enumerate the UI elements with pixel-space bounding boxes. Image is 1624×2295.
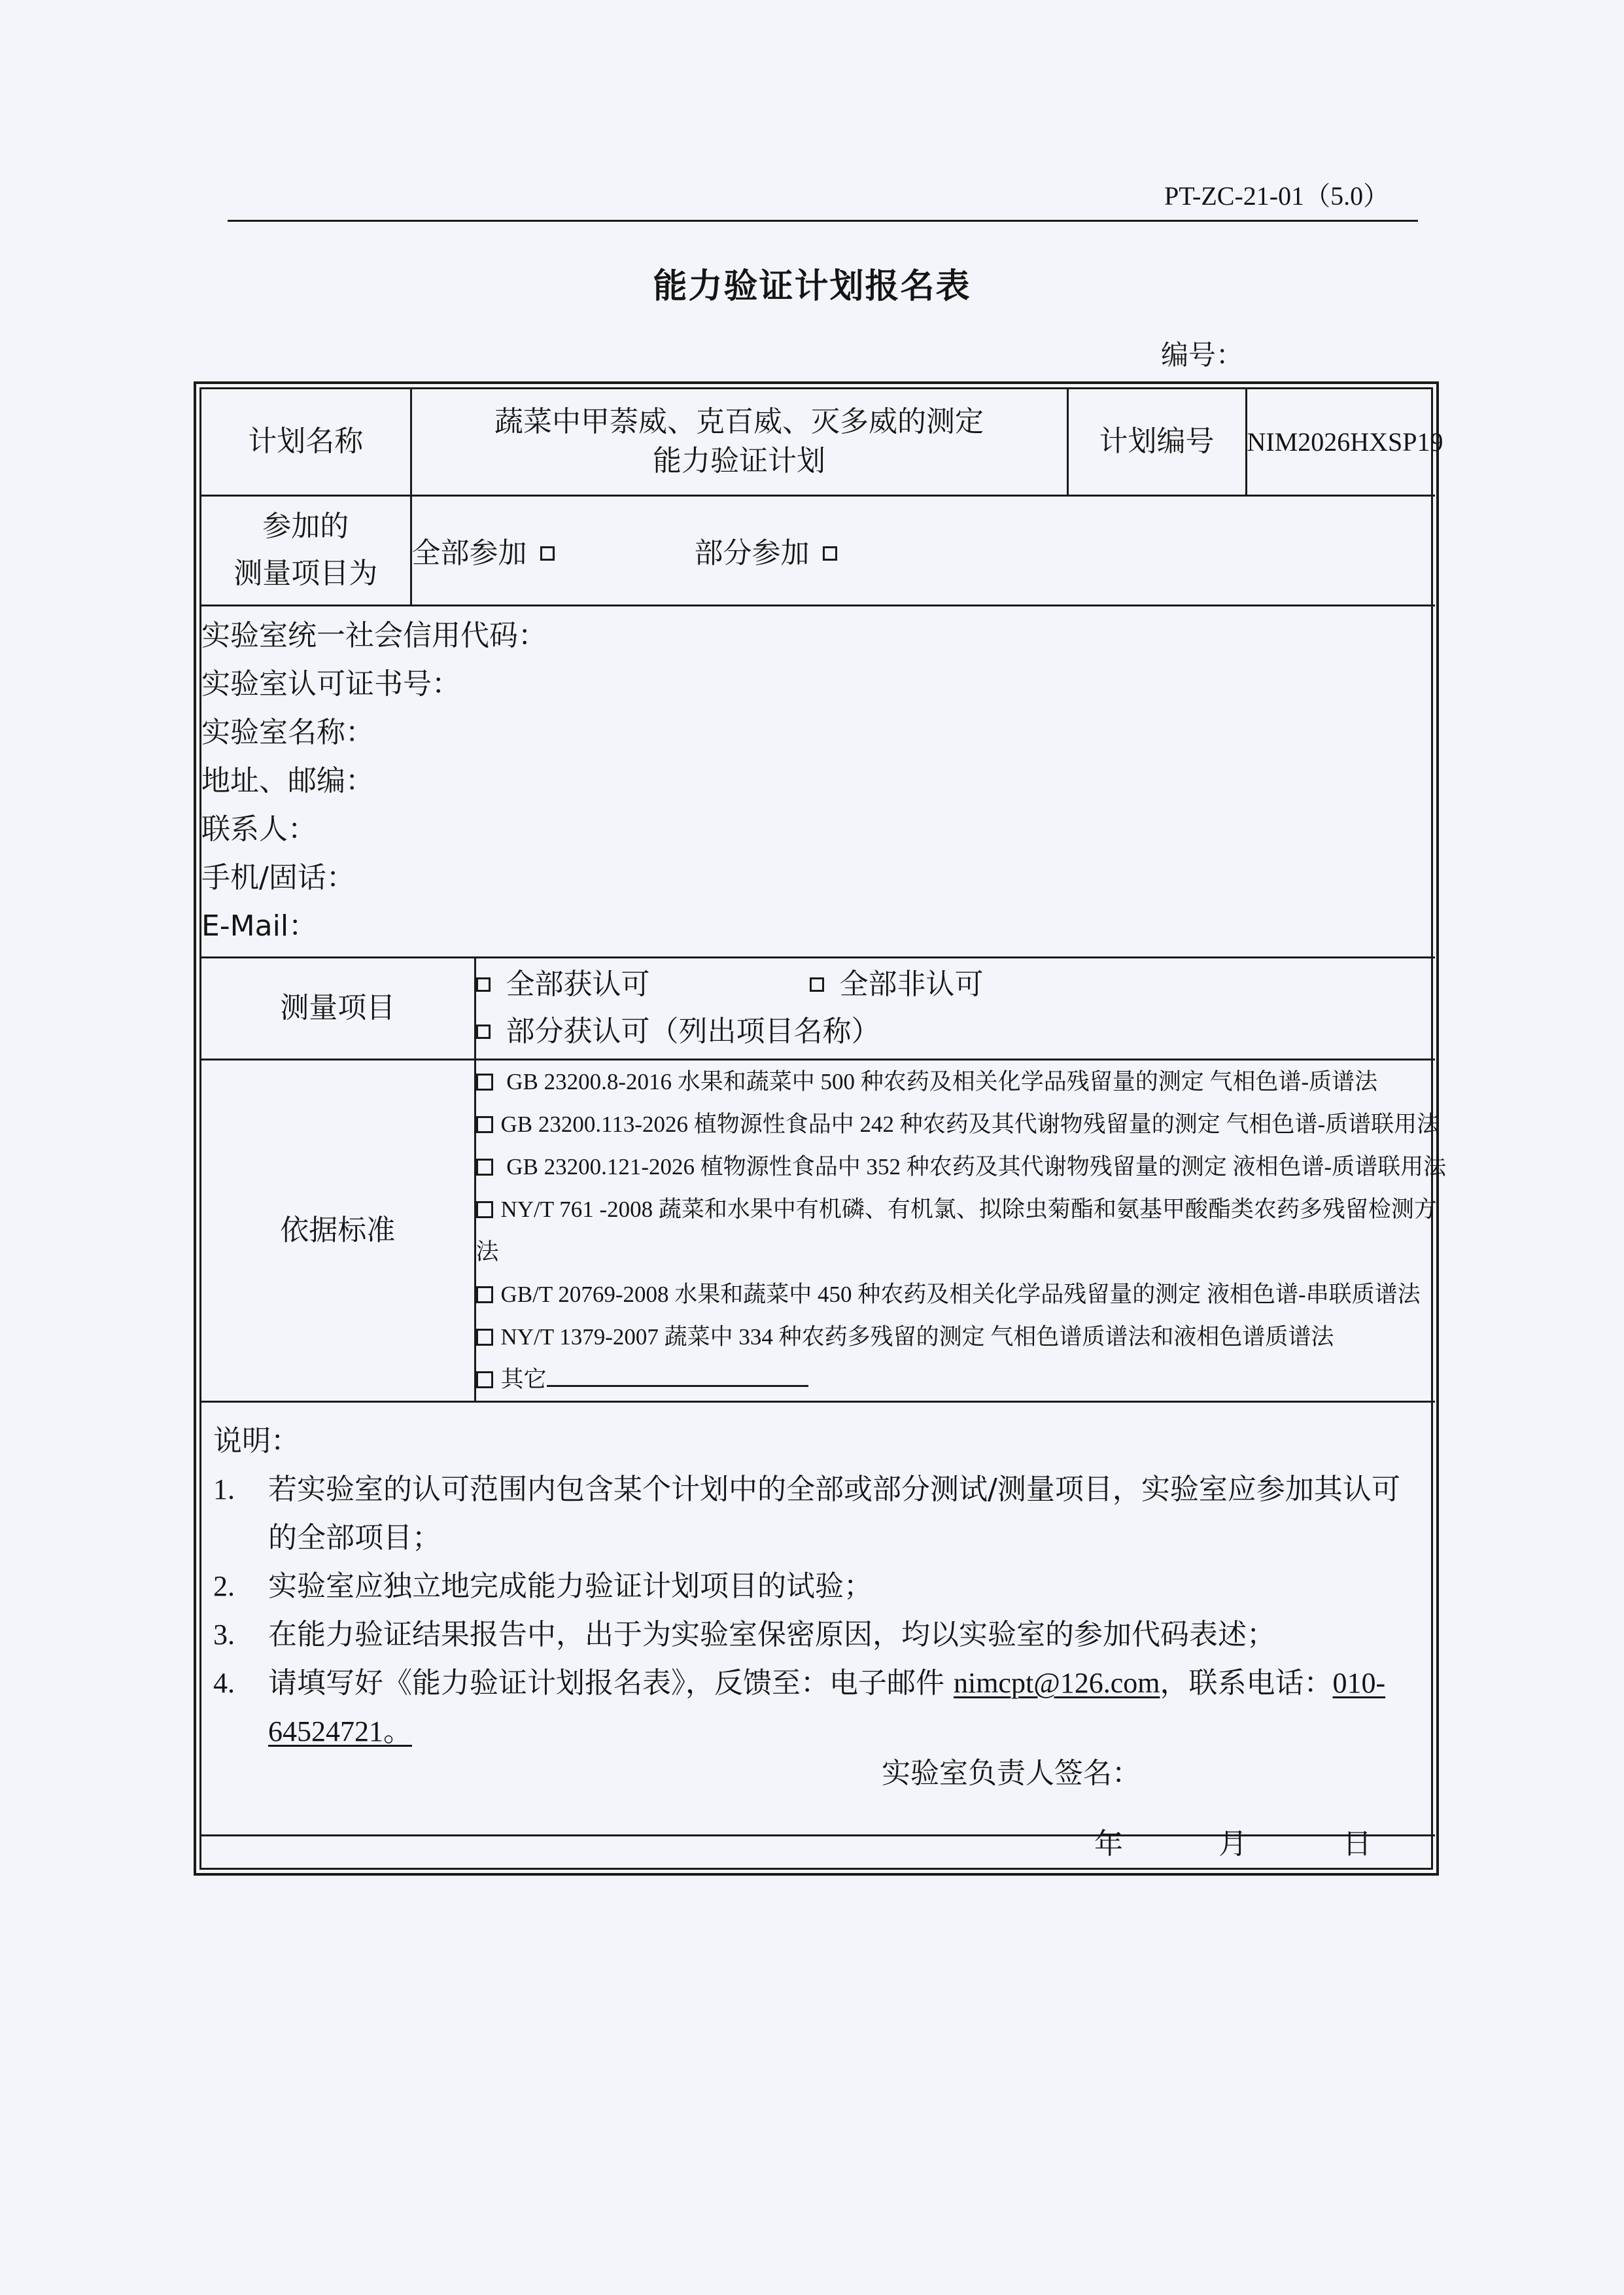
form-frame: 计划名称 蔬菜中甲萘威、克百威、灭多威的测定 能力验证计划 计划编号 NIM20… <box>194 381 1439 1876</box>
signature-date: 年月日 <box>1094 1820 1372 1868</box>
header-rule <box>228 220 1418 222</box>
document-code: PT-ZC-21-01（5.0） <box>1164 175 1389 213</box>
note-number: 1. <box>213 1465 268 1562</box>
standard-text: GB 23200.113-2026 植物源性食品中 242 种农药及其代谢物残留… <box>501 1112 1440 1137</box>
plan-name-label: 计划名称 <box>201 389 411 495</box>
standard-other-label: 其它 <box>501 1367 547 1392</box>
standard-item[interactable]: GB 23200.121-2026 植物源性食品中 352 种农药及其代谢物残留… <box>476 1146 1436 1188</box>
lab-accreditation-no-label: 实验室认可证书号： <box>201 667 460 701</box>
notes-section: 说明： 1. 若实验室的认可范围内包含某个计划中的全部或部分测试/测量项目，实验… <box>201 1403 1435 1834</box>
participation-label-line2: 测量项目为 <box>201 550 410 597</box>
plan-name-value: 蔬菜中甲萘威、克百威、灭多威的测定 能力验证计划 <box>411 389 1067 495</box>
standard-other-item[interactable]: 其它 <box>476 1358 1436 1401</box>
standard-other-checkbox[interactable] <box>476 1371 493 1388</box>
page-title: 能力验证计划报名表 <box>0 258 1624 307</box>
note-text: 请填写好《能力验证计划报名表》，反馈至：电子邮件 nimcpt@126.com，… <box>268 1659 1435 1756</box>
participate-partial-label: 部分参加 <box>695 536 810 570</box>
partial-accredited-checkbox[interactable] <box>476 1025 491 1039</box>
lab-credit-code-field[interactable]: 实验室统一社会信用代码： <box>201 612 1435 660</box>
standards-label: 依据标准 <box>201 1059 475 1401</box>
participation-row: 参加的 测量项目为 全部参加 部分参加 <box>201 495 1435 605</box>
standard-checkbox[interactable] <box>476 1286 493 1303</box>
note-text: 实验室应独立地完成能力验证计划项目的试验； <box>268 1562 1435 1611</box>
plan-name-line1: 蔬菜中甲萘威、克百威、灭多威的测定 <box>412 402 1067 442</box>
standard-text: NY/T 1379-2007 蔬菜中 334 种农药多残留的测定 气相色谱质谱法… <box>501 1324 1334 1350</box>
all-non-accredited-checkbox[interactable] <box>810 977 824 992</box>
address-postcode-field[interactable]: 地址、邮编： <box>201 757 1435 805</box>
lab-name-label: 实验室名称： <box>201 716 374 749</box>
note-number: 3. <box>213 1611 268 1659</box>
lab-info-row: 实验室统一社会信用代码： 实验室认可证书号： 实验室名称： 地址、邮编： 联系人… <box>201 605 1435 957</box>
note4-text-middle: ，联系电话： <box>1160 1666 1332 1700</box>
participate-partial-option[interactable]: 部分参加 <box>695 529 837 571</box>
plan-number-value: NIM2026HXSP19 <box>1246 389 1435 495</box>
note-item: 1. 若实验室的认可范围内包含某个计划中的全部或部分测试/测量项目，实验室应参加… <box>213 1465 1435 1562</box>
plan-number-label: 计划编号 <box>1067 389 1246 495</box>
note-item: 2. 实验室应独立地完成能力验证计划项目的试验； <box>213 1562 1435 1611</box>
standards-row: 依据标准 GB 23200.8-2016 水果和蔬菜中 500 种农药及相关化学… <box>201 1059 1435 1401</box>
note-number: 4. <box>213 1659 268 1756</box>
all-accredited-label: 全部获认可 <box>506 968 650 1001</box>
standard-checkbox[interactable] <box>476 1116 493 1133</box>
lab-credit-code-label: 实验室统一社会信用代码： <box>201 619 547 652</box>
standard-item[interactable]: NY/T 761 -2008 蔬菜和水果中有机磷、有机氯、拟除虫菊酯和氨基甲酸酯… <box>476 1188 1436 1231</box>
note4-text-before: 请填写好《能力验证计划报名表》，反馈至：电子邮件 <box>268 1666 954 1700</box>
contact-person-field[interactable]: 联系人： <box>201 805 1435 854</box>
all-non-accredited-option[interactable]: 全部非认可 <box>810 961 984 1008</box>
standard-item[interactable]: NY/T 1379-2007 蔬菜中 334 种农药多残留的测定 气相色谱质谱法… <box>476 1316 1436 1358</box>
lab-accreditation-no-field[interactable]: 实验室认可证书号： <box>201 660 1435 709</box>
standard-text: GB 23200.121-2026 植物源性食品中 352 种农药及其代谢物残留… <box>501 1154 1447 1180</box>
plan-row: 计划名称 蔬菜中甲萘威、克百威、灭多威的测定 能力验证计划 计划编号 NIM20… <box>201 389 1435 495</box>
lab-info-section: 实验室统一社会信用代码： 实验室认可证书号： 实验室名称： 地址、邮编： 联系人… <box>201 605 1435 957</box>
plan-name-line2: 能力验证计划 <box>412 442 1067 481</box>
contact-email-link[interactable]: nimcpt@126.com <box>954 1667 1160 1699</box>
participate-partial-checkbox[interactable] <box>823 546 837 561</box>
note-text: 若实验室的认可范围内包含某个计划中的全部或部分测试/测量项目，实验室应参加其认可… <box>268 1465 1435 1562</box>
measurement-options: 全部获认可 全部非认可 部分获认可（列出项目名称） <box>475 957 1435 1059</box>
participation-label-line1: 参加的 <box>201 503 410 550</box>
note-number: 2. <box>213 1562 268 1611</box>
standard-checkbox[interactable] <box>476 1329 493 1346</box>
phone-field[interactable]: 手机/固话： <box>201 854 1435 902</box>
all-accredited-checkbox[interactable] <box>476 977 491 992</box>
email-label: E-Mail： <box>201 909 317 943</box>
notes-row: 说明： 1. 若实验室的认可范围内包含某个计划中的全部或部分测试/测量项目，实验… <box>201 1401 1435 1835</box>
measurement-label: 测量项目 <box>201 957 475 1059</box>
participate-all-option[interactable]: 全部参加 <box>412 529 555 571</box>
form-frame-inner: 计划名称 蔬菜中甲萘威、克百威、灭多威的测定 能力验证计划 计划编号 NIM20… <box>199 387 1433 1870</box>
partial-accredited-option[interactable]: 部分获认可（列出项目名称） <box>476 1008 880 1055</box>
standard-checkbox[interactable] <box>476 1159 493 1176</box>
participate-all-checkbox[interactable] <box>540 546 555 561</box>
registration-form-table: 计划名称 蔬菜中甲萘威、克百威、灭多威的测定 能力验证计划 计划编号 NIM20… <box>201 389 1435 1836</box>
lab-name-field[interactable]: 实验室名称： <box>201 709 1435 757</box>
note-item: 3. 在能力验证结果报告中，出于为实验室保密原因，均以实验室的参加代码表述； <box>213 1611 1435 1659</box>
phone-label: 手机/固话： <box>201 861 355 894</box>
all-non-accredited-label: 全部非认可 <box>840 968 984 1001</box>
email-field[interactable]: E-Mail： <box>201 902 1435 951</box>
standard-checkbox[interactable] <box>476 1074 493 1091</box>
standard-item[interactable]: GB/T 20769-2008 水果和蔬菜中 450 种农药及相关化学品残留量的… <box>476 1273 1436 1316</box>
note-text: 在能力验证结果报告中，出于为实验室保密原因，均以实验室的参加代码表述； <box>268 1611 1435 1659</box>
contact-person-label: 联系人： <box>201 813 317 846</box>
standard-item[interactable]: GB 23200.113-2026 植物源性食品中 242 种农药及其代谢物残留… <box>476 1103 1436 1146</box>
participation-label: 参加的 测量项目为 <box>201 495 411 605</box>
standard-text: GB 23200.8-2016 水果和蔬菜中 500 种农药及相关化学品残留量的… <box>501 1069 1378 1095</box>
measurement-row: 测量项目 全部获认可 全部非认可 部分获认可（列出项目名称） <box>201 957 1435 1059</box>
date-day-label: 日 <box>1343 1820 1372 1868</box>
participate-all-label: 全部参加 <box>412 536 527 570</box>
note-item: 4. 请填写好《能力验证计划报名表》，反馈至：电子邮件 nimcpt@126.c… <box>213 1659 1435 1756</box>
date-month-label: 月 <box>1218 1820 1343 1868</box>
date-year-label: 年 <box>1094 1820 1218 1868</box>
standard-checkbox[interactable] <box>476 1201 493 1218</box>
notes-heading: 说明： <box>213 1417 1435 1465</box>
standard-item-wrap: 法 <box>476 1231 1436 1273</box>
standard-item[interactable]: GB 23200.8-2016 水果和蔬菜中 500 种农药及相关化学品残留量的… <box>476 1060 1436 1103</box>
partial-accredited-label: 部分获认可（列出项目名称） <box>506 1015 880 1048</box>
standard-text: NY/T 761 -2008 蔬菜和水果中有机磷、有机氯、拟除虫菊酯和氨基甲酸酯… <box>501 1197 1437 1222</box>
signature-label: 实验室负责人签名： <box>882 1749 1141 1798</box>
standard-other-input[interactable] <box>547 1361 808 1387</box>
address-postcode-label: 地址、邮编： <box>201 764 374 797</box>
serial-number-label: 编号： <box>1161 334 1243 373</box>
standards-list: GB 23200.8-2016 水果和蔬菜中 500 种农药及相关化学品残留量的… <box>475 1059 1435 1401</box>
standard-text: GB/T 20769-2008 水果和蔬菜中 450 种农药及相关化学品残留量的… <box>501 1282 1421 1307</box>
notes-cell: 说明： 1. 若实验室的认可范围内包含某个计划中的全部或部分测试/测量项目，实验… <box>201 1401 1435 1835</box>
all-accredited-option[interactable]: 全部获认可 <box>476 961 650 1008</box>
participation-options: 全部参加 部分参加 <box>411 495 1435 605</box>
